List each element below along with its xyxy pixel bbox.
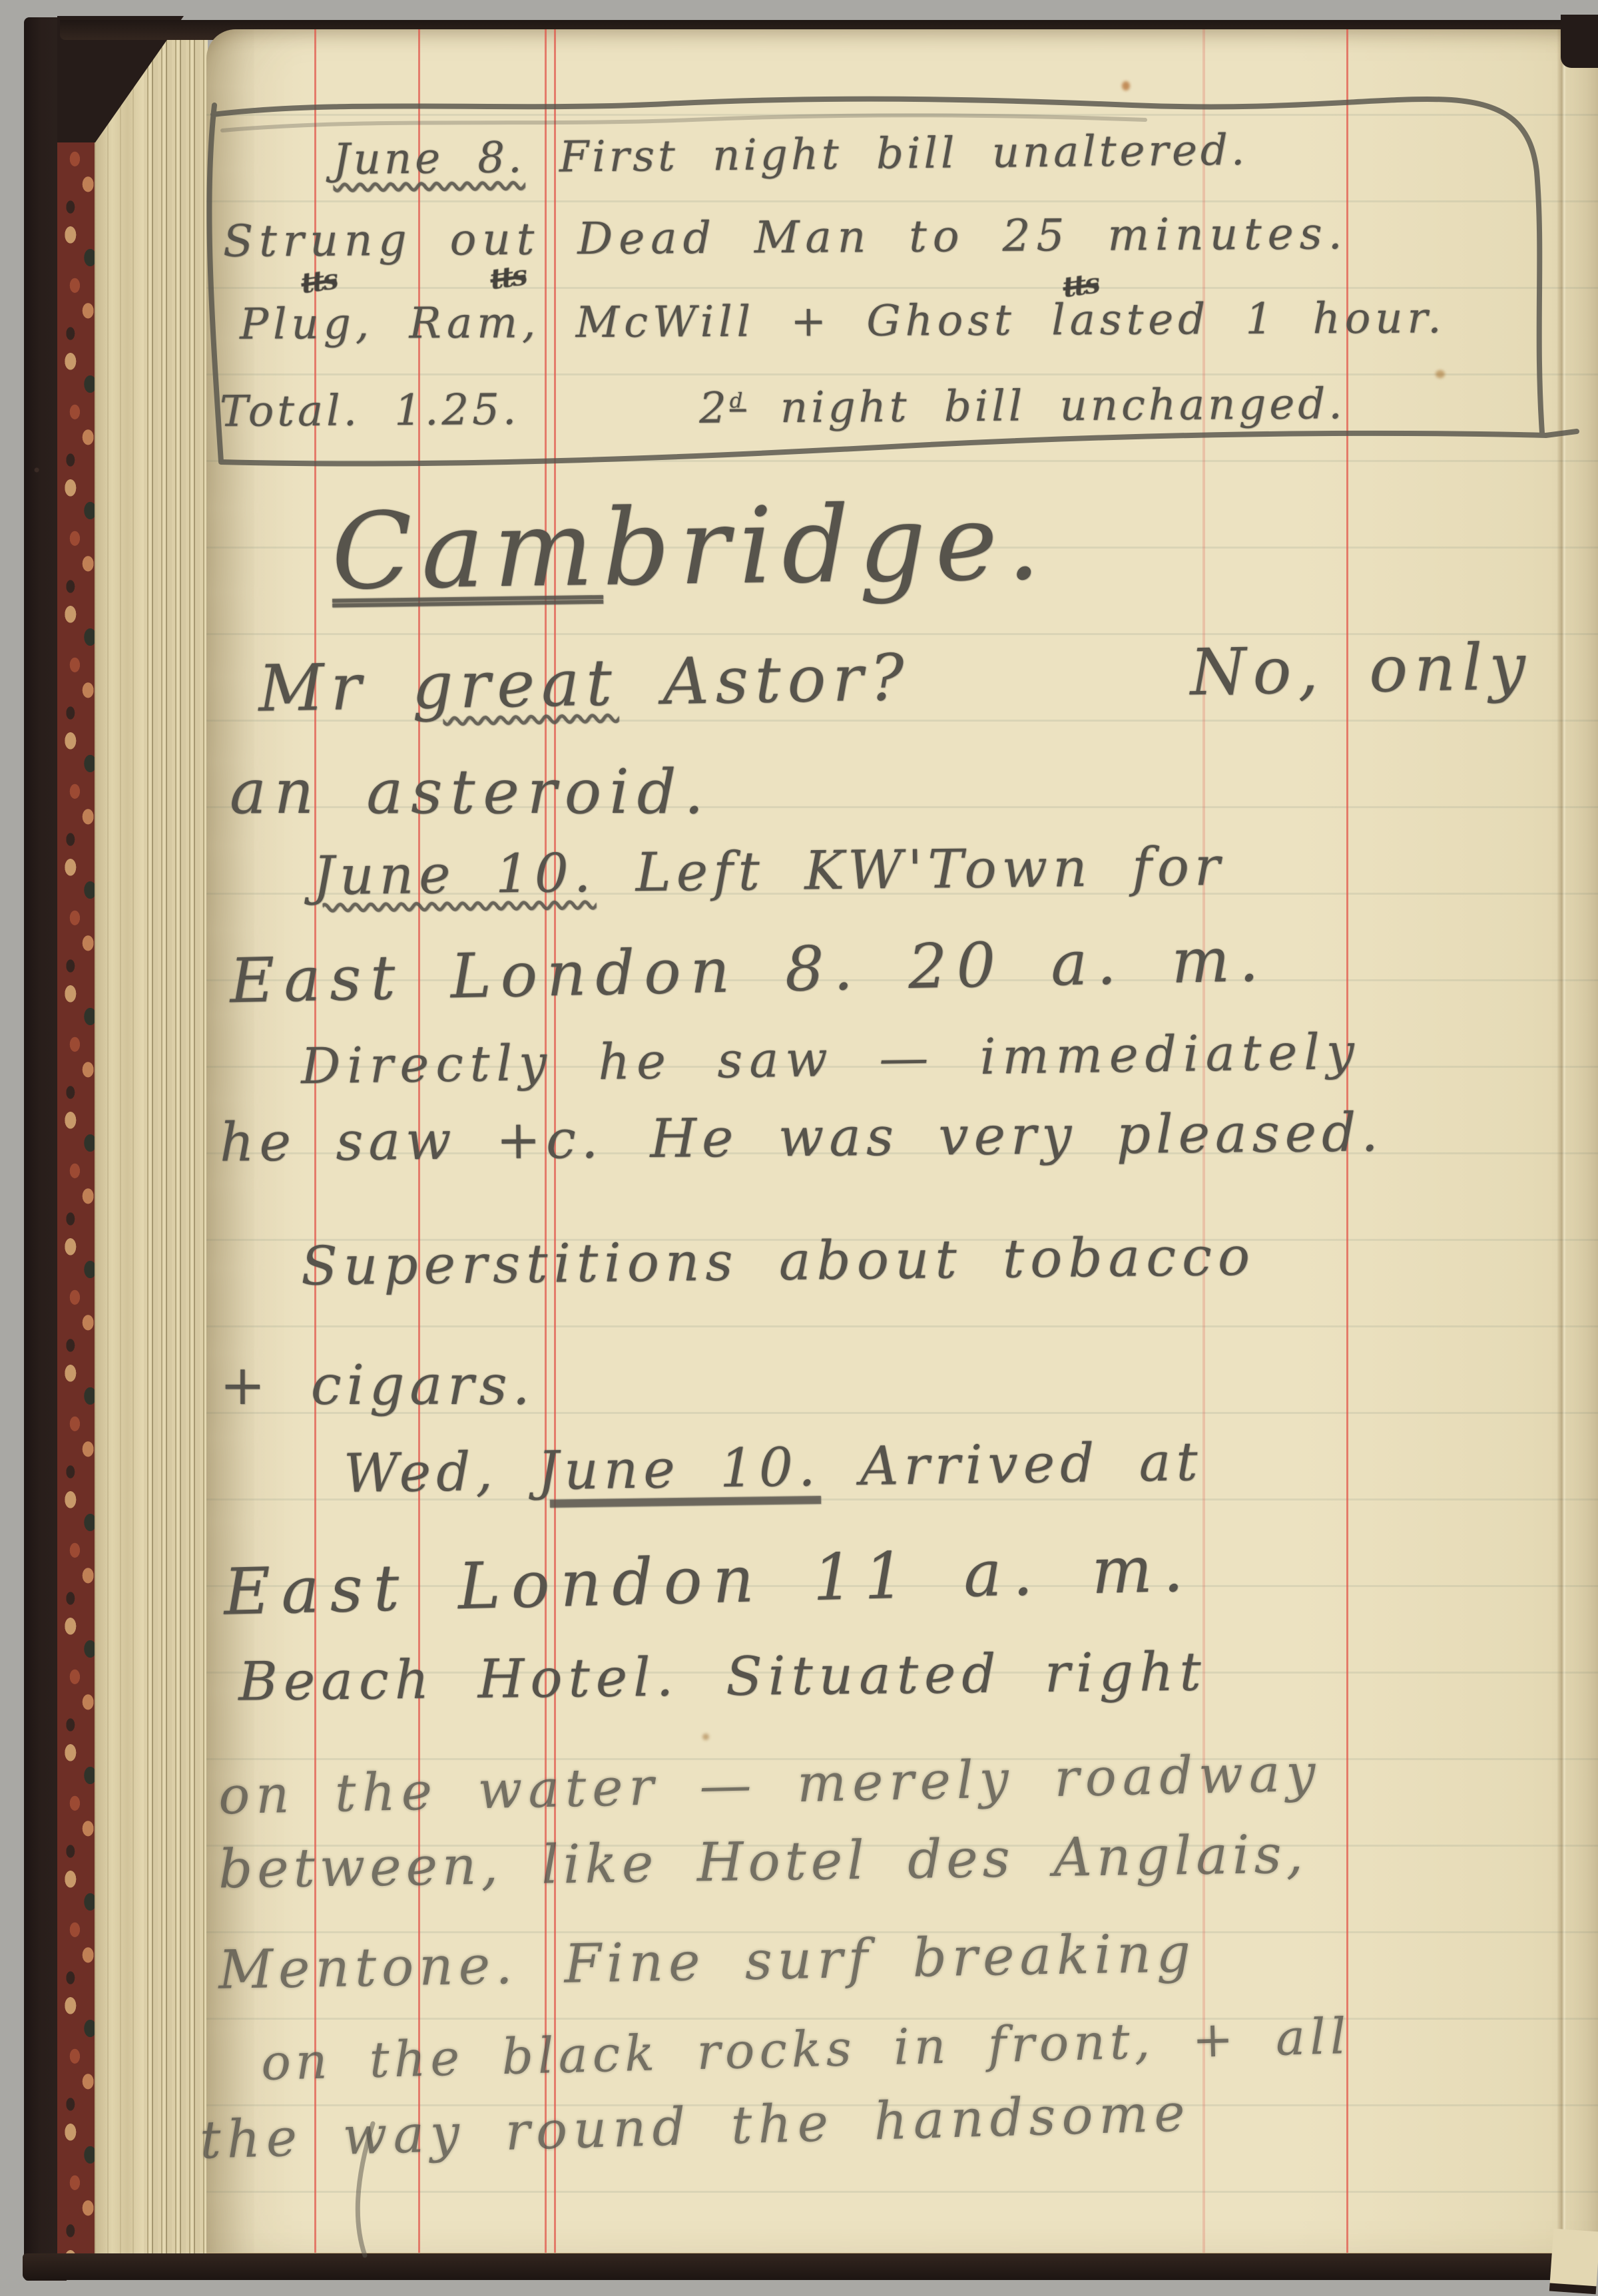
boxed-note-line-3: Plug, Ram, McWill + Ghost lasted 1 hour. <box>240 294 1446 349</box>
superscript-mark: tts <box>488 259 528 296</box>
handwritten-line-asteroid: an asteroid. <box>230 756 712 827</box>
superscript-mark: tts <box>1061 267 1101 304</box>
handwritten-line-beach-hotel: Beach Hotel.Situated right <box>238 1640 1208 1712</box>
handwritten-line-he-saw: he saw +c.He was very pleased. <box>220 1101 1384 1173</box>
handwritten-line-superstitions: Superstitions about tobacco <box>301 1225 1256 1297</box>
handwritten-line-cigars: + cigars. <box>220 1354 535 1417</box>
heading-cambridge: Cambridge. <box>331 481 1051 613</box>
date-june-8: June 8. <box>333 133 525 184</box>
handwritten-line-wed-june10: Wed, June 10. Arrived at <box>343 1431 1203 1504</box>
superscript-mark: tts <box>299 263 339 300</box>
boxed-note-line-1: June 8. First night bill unaltered. <box>333 126 1248 184</box>
boxed-note-line-2: Strung out Dead Man to 25 minutes. <box>223 208 1348 267</box>
boxed-note-line-4: Total. 1.25.2d night bill unchanged. <box>220 379 1346 437</box>
handwritten-line-june10: June 10. Left KW'Town for <box>313 835 1226 907</box>
photo-backdrop: June 8. First night bill unaltered. Stru… <box>0 0 1598 2296</box>
